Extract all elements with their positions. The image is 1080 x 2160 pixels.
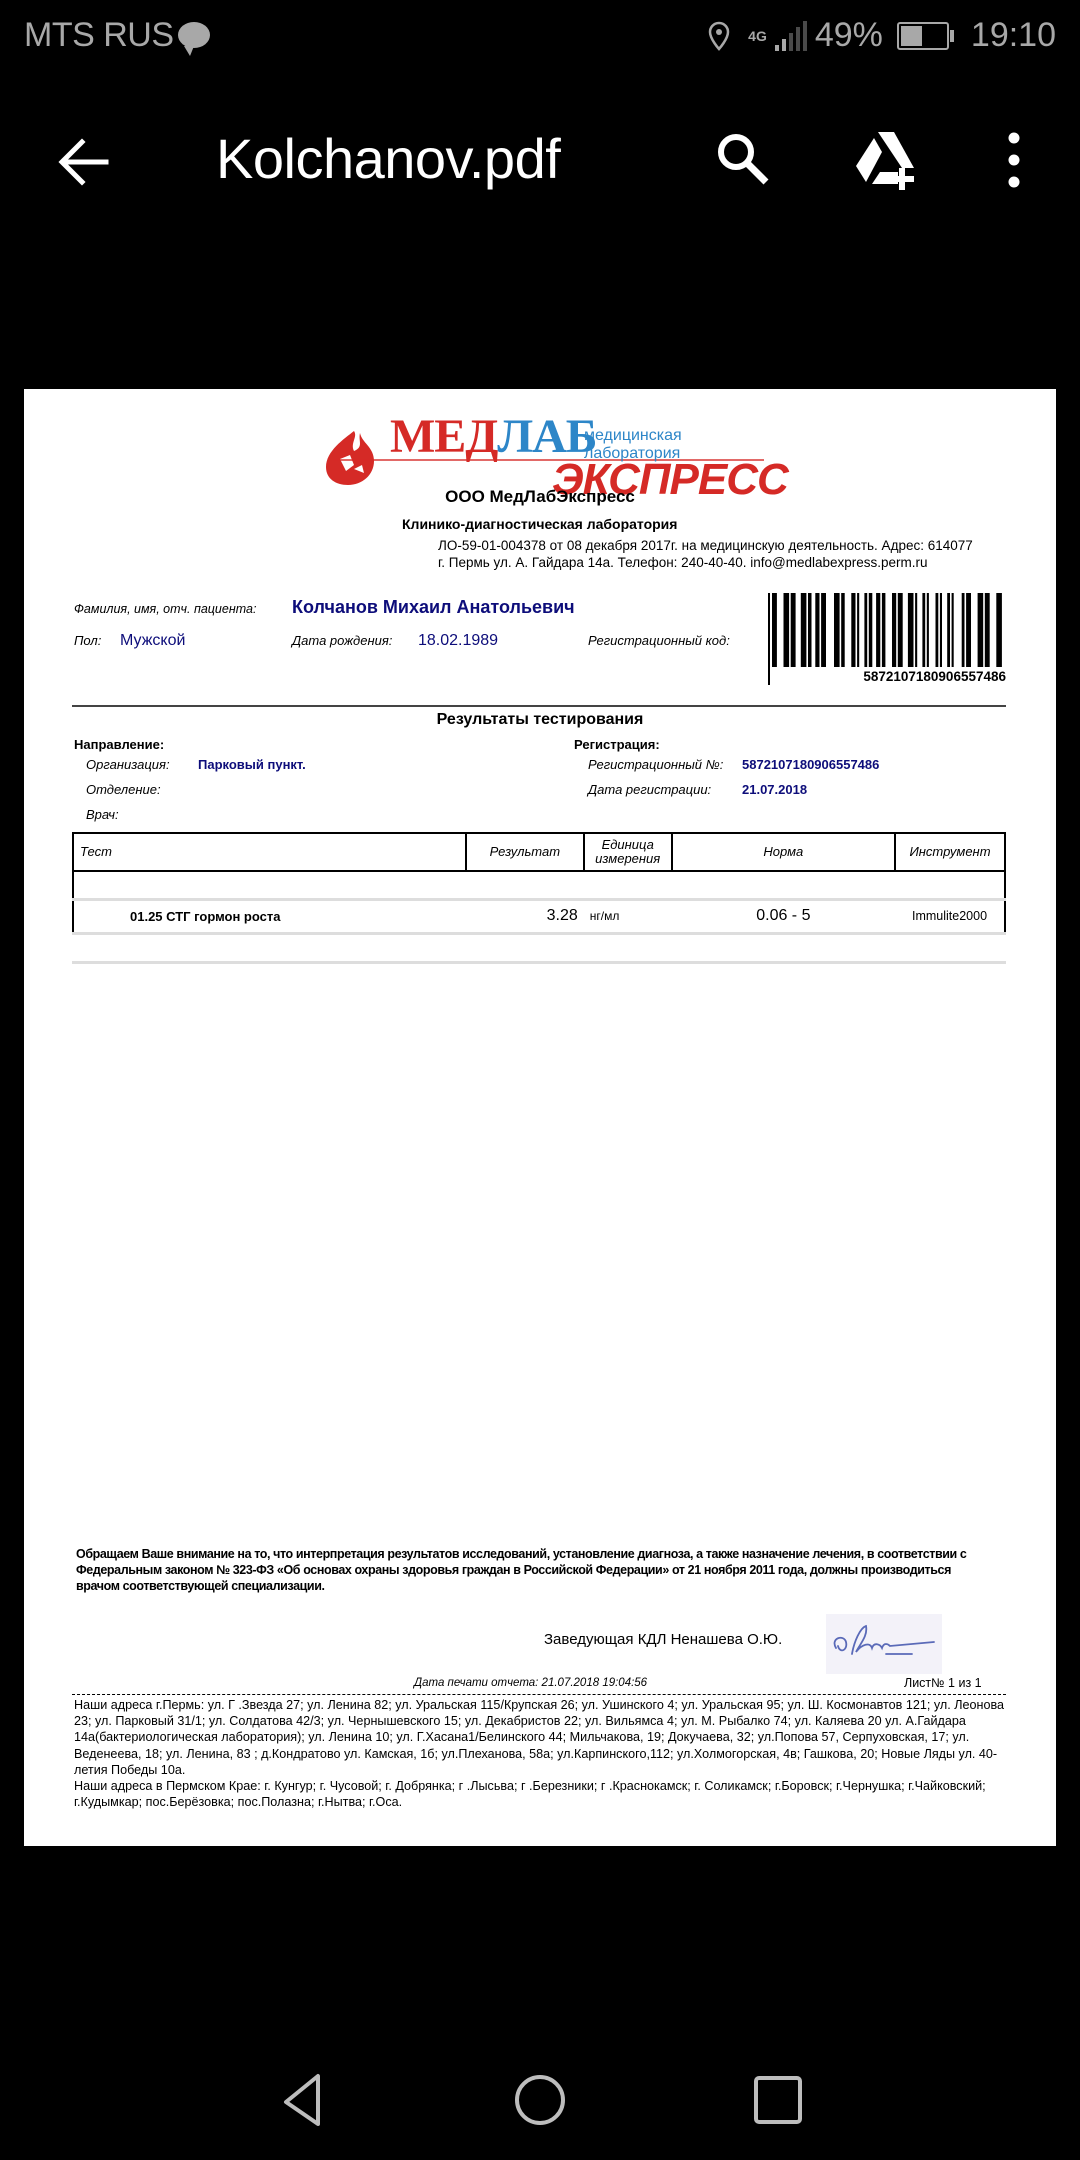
battery-percent: 49% [815,16,883,55]
registration-heading: Регистрация: [574,737,660,752]
referral-dept-label: Отделение: [86,782,161,797]
print-date: Дата печати отчета: 21.07.2018 19:04:56 [414,1677,647,1689]
battery-icon [897,22,949,50]
battery-fill [901,26,923,46]
logo-drop-icon [324,429,376,487]
clock: 19:10 [971,16,1056,55]
status-bar: MTS RUS 4G 49% 19:10 [0,0,1080,76]
cell-norm: 0.06 - 5 [672,899,895,933]
sheet-number: Лист№ 1 из 1 [904,1676,982,1690]
addresses-block: Наши адреса г.Пермь: ул. Г .Звезда 27; у… [74,1697,1024,1810]
nav-back-icon[interactable] [272,2070,332,2130]
cell-unit: нг/мл [584,899,672,933]
divider [72,705,1006,707]
table-spacer-row [73,871,1005,899]
table-end-rule [72,961,1006,964]
address-line: г. Пермь ул. А. Гайдара 14а. Телефон: 24… [438,554,973,571]
patient-name-label: Фамилия, имя, отч. пациента: [74,602,256,616]
col-unit: Единица измерения [584,833,672,871]
referral-doctor-label: Врач: [86,807,119,822]
navigation-bar [0,2040,1080,2160]
patient-name: Колчанов Михаил Анатольевич [292,597,575,618]
results-table: Тест Результат Единица измерения Норма И… [72,832,1006,935]
col-norm: Норма [672,833,895,871]
org-license: ЛО-59-01-004378 от 08 декабря 2017г. на … [438,537,973,571]
cell-result: 3.28 [466,899,584,933]
referral-org: Парковый пункт. [198,757,306,772]
addresses-perm: Наши адреса г.Пермь: ул. Г .Звезда 27; у… [74,1697,1024,1778]
addresses-region: Наши адреса в Пермском Крае: г. Кунгур; … [74,1778,1024,1810]
signature-image [826,1614,942,1674]
referral-heading: Направление: [74,737,164,752]
license-line: ЛО-59-01-004378 от 08 декабря 2017г. на … [438,537,973,554]
dashed-divider [72,1694,1006,1695]
location-icon [708,21,730,51]
cell-test: 01.25 СТГ гормон роста [73,899,466,933]
carrier-name: MTS RUS [24,16,174,55]
cell-instrument: Immulite2000 [895,899,1005,933]
barcode: 5872107180906557486 [768,593,1006,685]
registration-number-label: Регистрационный №: [588,757,723,772]
barcode-bars [770,593,1006,667]
referral-org-label: Организация: [86,757,170,772]
app-bar: Kolchanov.pdf [0,100,1080,220]
drive-add-icon[interactable] [852,128,924,192]
nav-home-icon[interactable] [510,2070,570,2130]
network-type: 4G [748,29,767,43]
registration-number: 5872107180906557486 [742,757,879,772]
reg-code-label: Регистрационный код: [588,633,730,648]
barcode-number: 5872107180906557486 [863,669,1006,684]
pdf-page[interactable]: МЕДЛАБ медицинская лаборатория ЭКСПРЕСС … [24,389,1056,1846]
col-test: Тест [73,833,466,871]
signal-icon [775,21,807,51]
org-name: ООО МедЛабЭкспресс [24,487,1056,507]
back-arrow-icon[interactable] [52,130,116,194]
patient-dob: 18.02.1989 [418,632,498,650]
section-title: Результаты тестирования [24,711,1056,729]
col-result: Результат [466,833,584,871]
message-icon [178,22,210,48]
patient-sex: Мужской [120,632,185,650]
sex-label: Пол: [74,633,101,648]
more-vert-icon[interactable] [996,128,1032,192]
nav-recents-icon[interactable] [748,2070,808,2130]
document-title: Kolchanov.pdf [216,126,560,191]
registration-date: 21.07.2018 [742,782,807,797]
col-instrument: Инструмент [895,833,1005,871]
legal-notice: Обращаем Ваше внимание на то, что интерп… [76,1546,976,1594]
dob-label: Дата рождения: [292,633,392,648]
search-icon[interactable] [712,128,776,192]
registration-date-label: Дата регистрации: [588,782,711,797]
table-row: 01.25 СТГ гормон роста 3.28 нг/мл 0.06 -… [73,899,1005,933]
signature-line: Заведующая КДЛ Ненашева О.Ю. [544,1631,782,1648]
org-type: Клинико-диагностическая лаборатория [402,516,677,532]
